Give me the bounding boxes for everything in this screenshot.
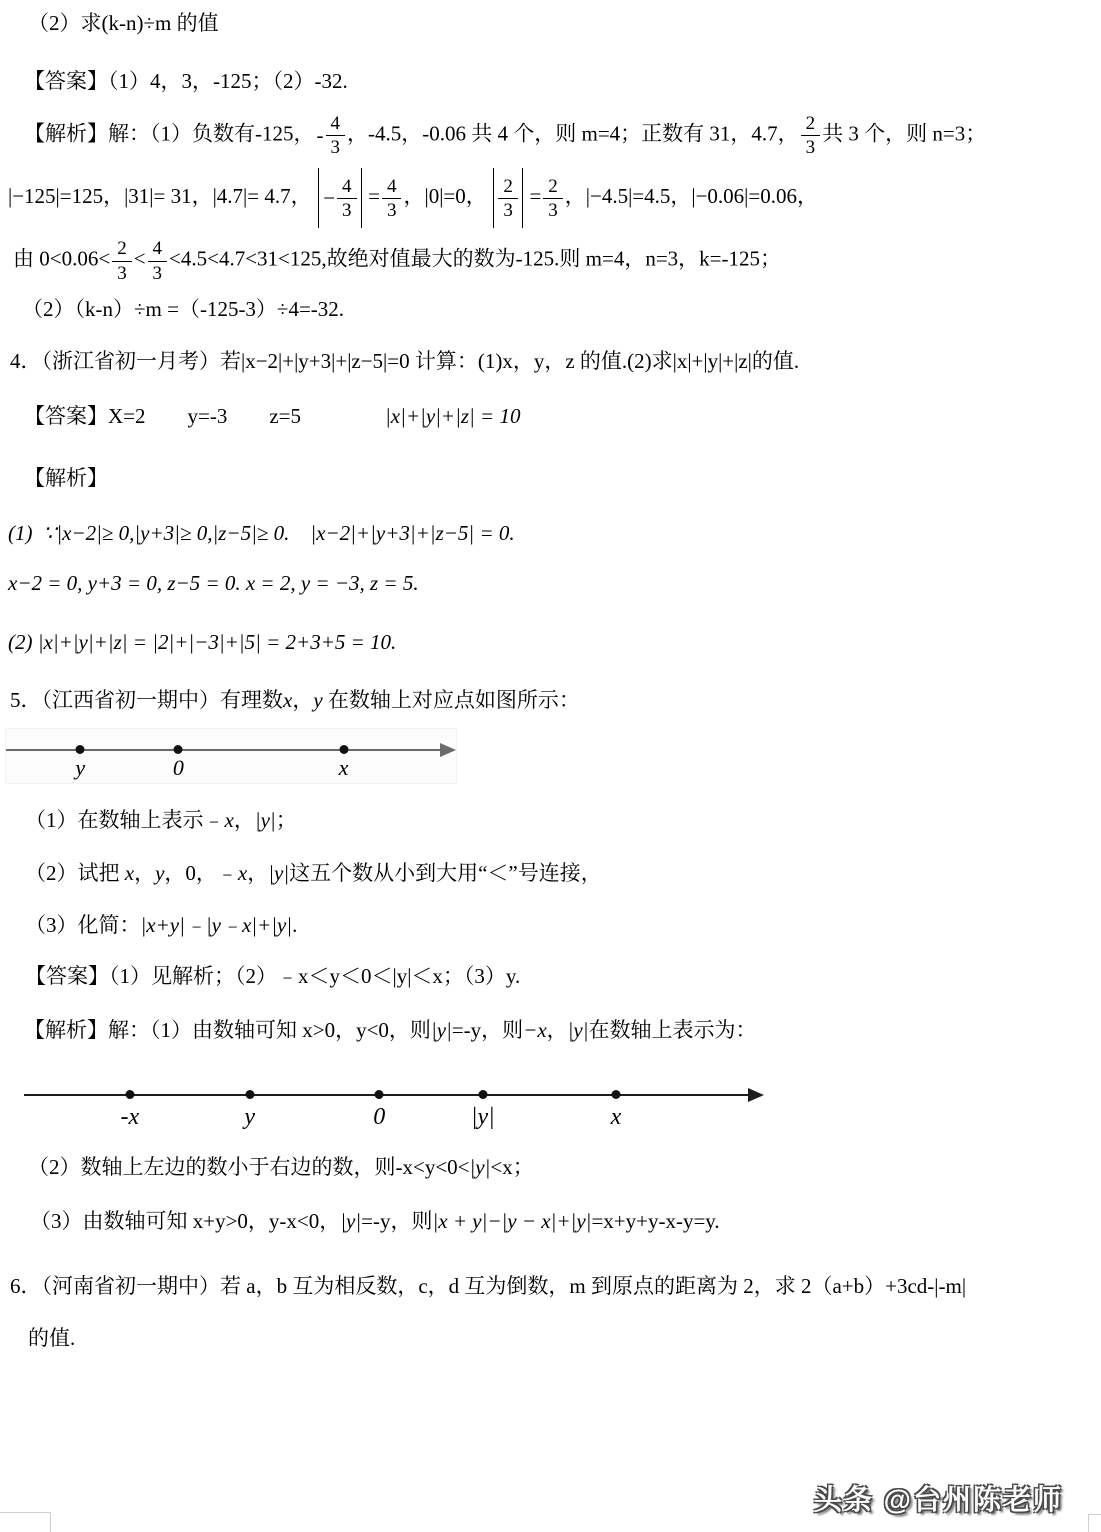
- text-run: 【解析】解：（1）负数有-125，: [24, 121, 315, 145]
- text-run: 由 0<0.06<: [13, 247, 110, 271]
- text-run: 【解析】解：（1）由数轴可知 x>0，y<0，则: [24, 1018, 431, 1042]
- math-run: y: [313, 688, 322, 712]
- fraction: 43: [148, 238, 168, 284]
- math-run: |x+y|﹣|y﹣x|+|y|: [141, 913, 293, 937]
- numberline-point-dot: [375, 1090, 384, 1099]
- numberline-point-dot: [245, 1090, 254, 1099]
- prob5-answer: 【答案】（1）见解析；（2）﹣x＜y＜0＜|y|＜x；（3）y.: [25, 961, 1101, 991]
- fraction-stack: 43: [148, 238, 168, 284]
- fraction-sign: −: [323, 183, 335, 213]
- numberline-arrowhead-icon: [748, 1088, 764, 1102]
- prob3-part2-solution: （2）（k-n）÷m =（-125-3）÷4=-32.: [22, 294, 1101, 324]
- abs-bar: [493, 168, 495, 228]
- text-run: ，0，﹣: [164, 861, 238, 885]
- math-run: |y|: [568, 1018, 589, 1042]
- math-run: x: [238, 861, 247, 885]
- fraction-denominator: 3: [801, 136, 821, 158]
- fraction-numerator: 2: [801, 113, 821, 136]
- abs-bar: [318, 168, 320, 228]
- prob4-analysis-step2: x−2 = 0, y+3 = 0, z−5 = 0. x = 2, y = −3…: [8, 568, 1101, 598]
- numberline-point-dot: [76, 745, 85, 754]
- prob4-analysis-step3: (2) |x|+|y|+|z| = |2|+|−3|+|5| = 2+3+5 =…: [8, 627, 1101, 657]
- fraction-stack: 23: [543, 176, 563, 222]
- fraction-denominator: 3: [543, 199, 563, 221]
- text-run: =x+y+y-x-y=y.: [591, 1209, 719, 1233]
- numberline-figure-1: y0x: [6, 729, 456, 783]
- numberline-point-label: y: [244, 1104, 255, 1131]
- prob4-analysis-header: 【解析】: [24, 463, 1101, 493]
- text-run: ，: [547, 1018, 568, 1042]
- numberline-point-dot: [339, 745, 348, 754]
- prob5-question-header: 5．（江西省初一期中）有理数x，y 在数轴上对应点如图所示：: [10, 685, 1101, 715]
- text-run: =-y，则: [361, 1209, 432, 1233]
- numberline-figure-2: -xy0|y|x: [24, 1072, 764, 1130]
- numberline-point-dot: [612, 1090, 621, 1099]
- text-run: ，|−4.5|=4.5，|−0.06|=0.06，: [565, 184, 818, 208]
- numberline-arrowhead-icon: [440, 743, 456, 757]
- prob5-part2: （2）试把 x，y，0，﹣x，|y|这五个数从小到大用“＜”号连接，: [25, 858, 1101, 888]
- numberline-point-label: x: [611, 1104, 622, 1131]
- text-run: ，|0|=0，: [403, 184, 486, 208]
- text-run: 【答案】X=2 y=-3 z=5: [24, 404, 385, 428]
- text-run: =-y，则: [452, 1018, 523, 1042]
- prob5-analysis-step1: 【解析】解：（1）由数轴可知 x>0，y<0，则|y|=-y，则−x，|y|在数…: [24, 1015, 1101, 1045]
- text-run: 【解析】: [24, 466, 108, 490]
- math-run: x: [125, 861, 134, 885]
- text-run: （2）（k-n）÷m =（-125-3）÷4=-32.: [22, 297, 344, 321]
- fraction-numerator: 4: [326, 113, 346, 136]
- numberline-axis: [6, 749, 444, 751]
- page-corner-mark-right: [1088, 1514, 1101, 1532]
- abs-bar: [361, 168, 363, 228]
- text-run: 在数轴上表示为：: [589, 1018, 757, 1042]
- math-run: |x|+|y|+|z| = 10: [385, 404, 520, 428]
- prob3-analysis-part1: 【解析】解：（1）负数有-125，-43，-4.5，-0.06 共 4 个，则 …: [24, 113, 1101, 159]
- prob4-analysis-step1: (1) ∵|x−2|≥ 0,|y+3|≥ 0,|z−5|≥ 0. |x−2|+|…: [8, 518, 1101, 548]
- numberline-point-label: -x: [120, 1104, 139, 1131]
- fraction: 23: [112, 238, 132, 284]
- fraction-numerator: 2: [112, 238, 132, 261]
- fraction-sign: -: [317, 120, 324, 150]
- math-run: |y|: [340, 1209, 361, 1233]
- abs-fraction: 23: [489, 168, 528, 228]
- text-run: （2）求(k-n)÷m 的值: [28, 11, 219, 35]
- prob3-abs-values-line: |−125|=125，|31|= 31，|4.7|= 4.7，−43=43，|0…: [8, 168, 1101, 228]
- fraction-denominator: 3: [337, 199, 357, 221]
- prob4-answer: 【答案】X=2 y=-3 z=5 |x|+|y|+|z| = 10: [24, 401, 1101, 431]
- prob3-part2-question: （2）求(k-n)÷m 的值: [28, 8, 1101, 38]
- fraction-numerator: 4: [382, 176, 402, 199]
- page-corner-mark-left: [0, 1512, 51, 1532]
- text-run: （2）试把: [25, 861, 125, 885]
- math-run: |x + y|−|y − x|+|y|: [433, 1209, 592, 1233]
- text-run: |−125|=125，|31|= 31，|4.7|= 4.7，: [8, 184, 312, 208]
- numberline-point-label: 0: [173, 755, 184, 781]
- math-run: |y|: [431, 1018, 452, 1042]
- text-run: .: [292, 913, 297, 937]
- numberline-point-dot: [478, 1090, 487, 1099]
- fraction-denominator: 3: [112, 262, 132, 284]
- fraction-numerator: 4: [337, 176, 357, 199]
- prob4-question: 4．（浙江省初一月考）若|x−2|+|y+3|+|z−5|=0 计算：(1)x，…: [10, 346, 1101, 376]
- text-run: （3）化简：: [25, 913, 141, 937]
- fraction-numerator: 2: [543, 176, 563, 199]
- text-run: 4．（浙江省初一月考）若|x−2|+|y+3|+|z−5|=0 计算：(1)x，…: [10, 349, 799, 373]
- fraction-numerator: 4: [148, 238, 168, 261]
- text-run: 在数轴上对应点如图所示：: [323, 688, 580, 712]
- math-run: (1) ∵|x−2|≥ 0,|y+3|≥ 0,|z−5|≥ 0. |x−2|+|…: [8, 521, 515, 545]
- abs-bar: [522, 168, 524, 228]
- numberline-point-label: x: [339, 755, 349, 781]
- math-run: |y|: [255, 808, 276, 832]
- math-run: x: [225, 808, 234, 832]
- text-run: ，-4.5，-0.06 共 4 个，则 m=4；正数有 31，4.7，: [347, 121, 799, 145]
- text-run: ，: [247, 861, 268, 885]
- prob3-answer: 【答案】（1）4，3，-125；（2）-32.: [24, 66, 1101, 96]
- text-run: ，: [234, 808, 255, 832]
- text-run: 【答案】（1）4，3，-125；（2）-32.: [24, 69, 348, 93]
- prob5-part3: （3）化简：|x+y|﹣|y﹣x|+|y|.: [25, 910, 1101, 940]
- fraction-denominator: 3: [326, 136, 346, 158]
- numberline-point-dot: [125, 1090, 134, 1099]
- prob5-analysis-step3: （3）由数轴可知 x+y>0，y-x<0，|y|=-y，则|x + y|−|y …: [30, 1206, 1101, 1236]
- numberline-point-label: |y|: [471, 1104, 495, 1131]
- numberline-point-label: 0: [373, 1104, 385, 1131]
- fraction: -43: [317, 113, 346, 159]
- numberline-point-label: y: [75, 755, 85, 781]
- text-run: 这五个数从小到大用“＜”号连接，: [289, 861, 602, 885]
- math-run: −x: [523, 1018, 547, 1042]
- text-run: =: [529, 184, 541, 208]
- prob5-analysis-step2: （2）数轴上左边的数小于右边的数，则-x<y<0<|y|<x；: [28, 1152, 1101, 1182]
- abs-fraction: −43: [314, 168, 367, 228]
- prob6-question: 6．（河南省初一期中）若 a，b 互为相反数，c，d 互为倒数，m 到原点的距离…: [10, 1271, 1101, 1301]
- text-run: 【答案】（1）见解析；（2）﹣x＜y＜0＜|y|＜x；（3）y.: [25, 964, 520, 988]
- fraction-stack: 43: [382, 176, 402, 222]
- math-run: (2) |x|+|y|+|z| = |2|+|−3|+|5| = 2+3+5 =…: [8, 630, 396, 654]
- math-run: x−2 = 0, y+3 = 0, z−5 = 0. x = 2, y = −3…: [8, 571, 419, 595]
- text-run: ，: [134, 861, 155, 885]
- numberline-point-dot: [174, 745, 183, 754]
- document-body: （2）求(k-n)÷m 的值【答案】（1）4，3，-125；（2）-32.【解析…: [0, 0, 1101, 1353]
- fraction: 43: [382, 176, 402, 222]
- prob5-part1: （1）在数轴上表示﹣x，|y|；: [25, 805, 1101, 835]
- fraction-stack: 43: [326, 113, 346, 159]
- text-run: （2）数轴上左边的数小于右边的数，则-x<y<0<: [28, 1155, 470, 1179]
- text-run: 共 3 个，则 n=3；: [822, 121, 986, 145]
- fraction-denominator: 3: [148, 262, 168, 284]
- fraction-denominator: 3: [498, 199, 518, 221]
- text-run: =: [368, 184, 380, 208]
- text-run: （3）由数轴可知 x+y>0，y-x<0，: [30, 1209, 340, 1233]
- fraction: 23: [543, 176, 563, 222]
- fraction-stack: 43: [337, 176, 357, 222]
- prob6-question-cont: 的值.: [28, 1323, 1101, 1353]
- watermark: 头条 @台州陈老师: [0, 1478, 1063, 1518]
- text-run: ，: [292, 688, 313, 712]
- math-run: |y|: [470, 1155, 491, 1179]
- text-run: 的值.: [28, 1326, 75, 1350]
- fraction: 23: [801, 113, 821, 159]
- text-run: 5．（江西省初一期中）有理数: [10, 688, 283, 712]
- fraction-numerator: 2: [498, 176, 518, 199]
- prob3-ordering-line: 由 0<0.06<23<43<4.5<4.7<31<125,故绝对值最大的数为-…: [13, 238, 1101, 284]
- math-run: y: [155, 861, 164, 885]
- text-run: <: [134, 247, 146, 271]
- math-run: |y|: [268, 861, 289, 885]
- text-run: 6．（河南省初一期中）若 a，b 互为相反数，c，d 互为倒数，m 到原点的距离…: [10, 1274, 966, 1298]
- text-run: （1）在数轴上表示﹣: [25, 808, 225, 832]
- text-run: <4.5<4.7<31<125,故绝对值最大的数为-125.则 m=4，n=3，…: [169, 247, 781, 271]
- math-run: x: [283, 688, 292, 712]
- fraction-stack: 23: [801, 113, 821, 159]
- fraction-denominator: 3: [382, 199, 402, 221]
- fraction-stack: 23: [498, 176, 518, 222]
- text-run: <x；: [490, 1155, 533, 1179]
- text-run: ；: [276, 808, 297, 832]
- fraction-stack: 23: [112, 238, 132, 284]
